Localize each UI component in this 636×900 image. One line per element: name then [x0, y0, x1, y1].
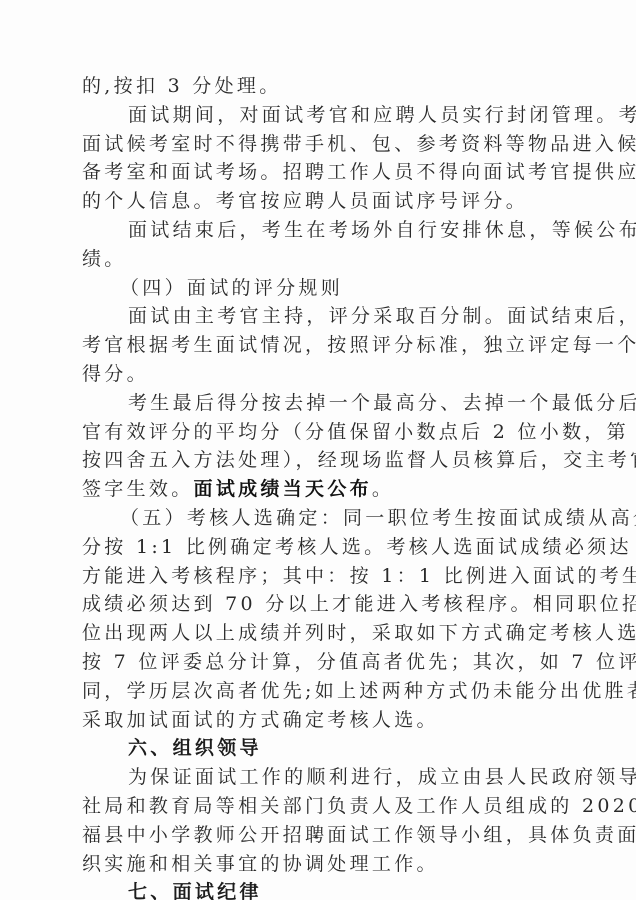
- paragraph-line: 备考室和面试考场。招聘工作人员不得向面试考官提供应聘人员: [82, 158, 557, 187]
- paragraph-line: 按 7 位评委总分计算，分值高者优先；其次，如 7 位评委总分相: [82, 648, 557, 677]
- section-heading: 七、面试纪律: [82, 878, 557, 900]
- paragraph-line: 织实施和相关事宜的协调处理工作。: [82, 850, 557, 879]
- paragraph-line: 的,按扣 3 分处理。: [82, 72, 557, 101]
- bold-text: 面试成绩当天公布: [194, 478, 372, 500]
- paragraph-line: 的个人信息。考官按应聘人员面试序号评分。: [82, 187, 557, 216]
- subsection-heading: （四）面试的评分规则: [82, 274, 557, 303]
- paragraph-line: 为保证面试工作的顺利进行，成立由县人民政府领导、县人: [82, 763, 557, 792]
- document-body: 的,按扣 3 分处理。 面试期间，对面试考官和应聘人员实行封闭管理。考生进入 面…: [82, 72, 557, 900]
- page-number: 4: [313, 830, 319, 842]
- paragraph-line: 位出现两人以上成绩并列时，采取如下方式确定考核人选：首先: [82, 619, 557, 648]
- paragraph-line: 官有效评分的平均分（分值保留小数点后 2 位小数，第 3 位小数: [82, 418, 557, 447]
- paragraph-line: 福县中小学教师公开招聘面试工作领导小组，具体负责面试的组: [82, 821, 557, 850]
- paragraph-line: 得分。: [82, 360, 557, 389]
- paragraph-line: 同，学历层次高者优先;如上述两种方式仍未能分出优胜者，则: [82, 677, 557, 706]
- paragraph-line: 面试期间，对面试考官和应聘人员实行封闭管理。考生进入: [82, 101, 557, 130]
- paragraph-line: 按四舍五入方法处理），经现场监督人员核算后，交主考官审核: [82, 446, 557, 475]
- paragraph-line: 绩。: [82, 245, 557, 274]
- plain-text: 。: [372, 478, 394, 500]
- paragraph-line: （五）考核人选确定：同一职位考生按面试成绩从高分至低: [82, 504, 557, 533]
- paragraph-line: 成绩必须达到 70 分以上才能进入考核程序。相同职位招聘数末: [82, 590, 557, 619]
- paragraph-line: 考官根据考生面试情况，按照评分标准，独立评定每一个考生的: [82, 331, 557, 360]
- paragraph-line: 分按 1:1 比例确定考核人选。考核人选面试成绩必须达 60 分，: [82, 533, 557, 562]
- section-heading: 六、组织领导: [82, 734, 557, 763]
- paragraph-line: 面试结束后，考生在考场外自行安排休息，等候公布面试成: [82, 216, 557, 245]
- paragraph-line: 考生最后得分按去掉一个最高分、去掉一个最低分后，各考: [82, 389, 557, 418]
- plain-text: 签字生效。: [82, 478, 194, 500]
- paragraph-line: 面试候考室时不得携带手机、包、参考资料等物品进入候考室、: [82, 130, 557, 159]
- paragraph-line: 方能进入考核程序；其中：按 1：1 比例进入面试的考生，面试: [82, 562, 557, 591]
- paragraph-line: 面试由主考官主持，评分采取百分制。面试结束后，每位: [82, 302, 557, 331]
- paragraph-line: 社局和教育局等相关部门负责人及工作人员组成的 2020 年度永: [82, 792, 557, 821]
- paragraph-line: 采取加试面试的方式确定考核人选。: [82, 706, 557, 735]
- paragraph-line: 签字生效。面试成绩当天公布。: [82, 475, 557, 504]
- document-page: 的,按扣 3 分处理。 面试期间，对面试考官和应聘人员实行封闭管理。考生进入 面…: [0, 0, 636, 900]
